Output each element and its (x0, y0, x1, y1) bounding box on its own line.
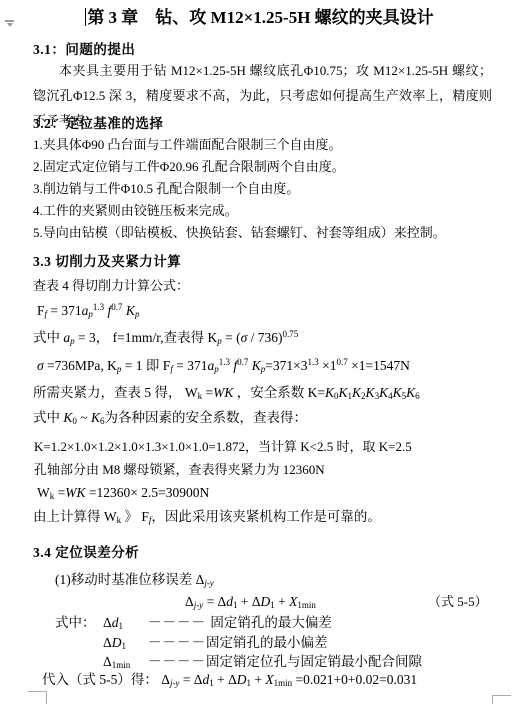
formula-parameters: 式中 ap = 3， f=1mm/r,查表得 Kp = (σ / 736)0.7… (33, 329, 298, 346)
section-3-1-heading: 3.1：问题的提出 (33, 41, 135, 58)
m8-nut-line: 孔轴部分由 M8 螺母锁紧，查表得夹紧力为 12360N (34, 461, 325, 478)
conclusion-line: 由上计算得 Wk 》 Ff，因此采用该夹紧机构工作是可靠的。 (33, 508, 381, 525)
definition-text: 固定销定位孔与固定销最小配合间隙 (206, 654, 422, 669)
crop-mark-bottom-left (28, 691, 47, 704)
formula-cutting-force: Ff = 371ap1.3 f0.7 Kp (37, 302, 139, 319)
chapter-title-text: 第 3 章 钻、攻 M12×1.25-5H 螺纹的夹具设计 (87, 8, 433, 27)
definition-row-3: Δ1min－－－－固定销定位孔与固定销最小配合间隙 (103, 653, 422, 670)
formula-5-5: Δj-y = Δd1 + ΔD1 + X1min (185, 593, 316, 610)
definition-row-2: ΔD1－－－－固定销孔的最小偏差 (103, 634, 328, 651)
symbol-delta-D1: ΔD1 (103, 634, 148, 651)
section-3-4-heading: 3.4 定位误差分析 (33, 544, 139, 561)
clamping-force-line: 所需夹紧力，查表 5 得， Wk =WK ，安全系数 K=K0K1K2K3K4K… (33, 384, 420, 401)
symbol-delta-d1: Δd1 (103, 614, 148, 631)
definition-row-1: 式中：Δd1－－－－ 固定销孔的最大偏差 (55, 614, 332, 631)
chapter-title: 第 3 章 钻、攻 M12×1.25-5H 螺纹的夹具设计 (0, 6, 519, 30)
list-item-2: 2.固定式定位销与工件Φ20.96 孔配合限制两个自由度。 (33, 158, 345, 175)
list-item-4: 4.工件的夹紧则由铰链压板来完成。 (33, 202, 238, 219)
where-label: 式中： (55, 614, 103, 631)
formula-wk-result: Wk =WK =12360× 2.5=30900N (37, 484, 209, 501)
substitution-line: 代入（式 5-5）得： Δj-y = Δd1 + ΔD1 + X1min =0.… (42, 671, 417, 688)
section-3-2-heading: 3.2：定位基准的选择 (33, 115, 163, 132)
definition-dash: －－－－ (148, 654, 206, 669)
definition-text: 固定销孔的最大偏差 (210, 615, 332, 630)
formula-sigma-result: σ =736MPa, Kp = 1 即 Ff = 371ap1.3 f0.7 K… (37, 357, 410, 374)
k-calculation-line: K=1.2×1.0×1.2×1.0×1.3×1.0×1.0=1.872，当计算 … (34, 438, 412, 455)
definition-dash: －－－－ (148, 615, 210, 630)
section-3-3-heading: 3.3 切削力及夹紧力计算 (33, 253, 181, 270)
definition-dash: －－－－ (148, 635, 206, 650)
definition-text: 固定销孔的最小偏差 (206, 635, 328, 650)
safety-factors-line: 式中 K0 ~ K6为各种因素的安全系数，查表得： (33, 409, 307, 426)
symbol-delta-1min: Δ1min (103, 653, 148, 670)
list-item-1: 1.夹具体Φ90 凸台面与工件端面配合限制三个自由度。 (33, 136, 342, 153)
displacement-error-line: (1)移动时基准位移误差 Δj-y (55, 571, 214, 588)
equation-label-5-5: （式 5-5） (428, 593, 488, 610)
cutting-force-intro: 查表 4 得切削力计算公式： (33, 277, 189, 294)
list-item-3: 3.削边销与工件Φ10.5 孔配合限制一个自由度。 (33, 180, 299, 197)
document-page: 第 3 章 钻、攻 M12×1.25-5H 螺纹的夹具设计 3.1：问题的提出 … (0, 0, 519, 704)
list-item-5: 5.导向由钻模（即钻模板、快换钻套、钻套螺钉、衬套等组成）来控制。 (33, 224, 446, 241)
crop-mark-bottom-right (492, 695, 511, 704)
